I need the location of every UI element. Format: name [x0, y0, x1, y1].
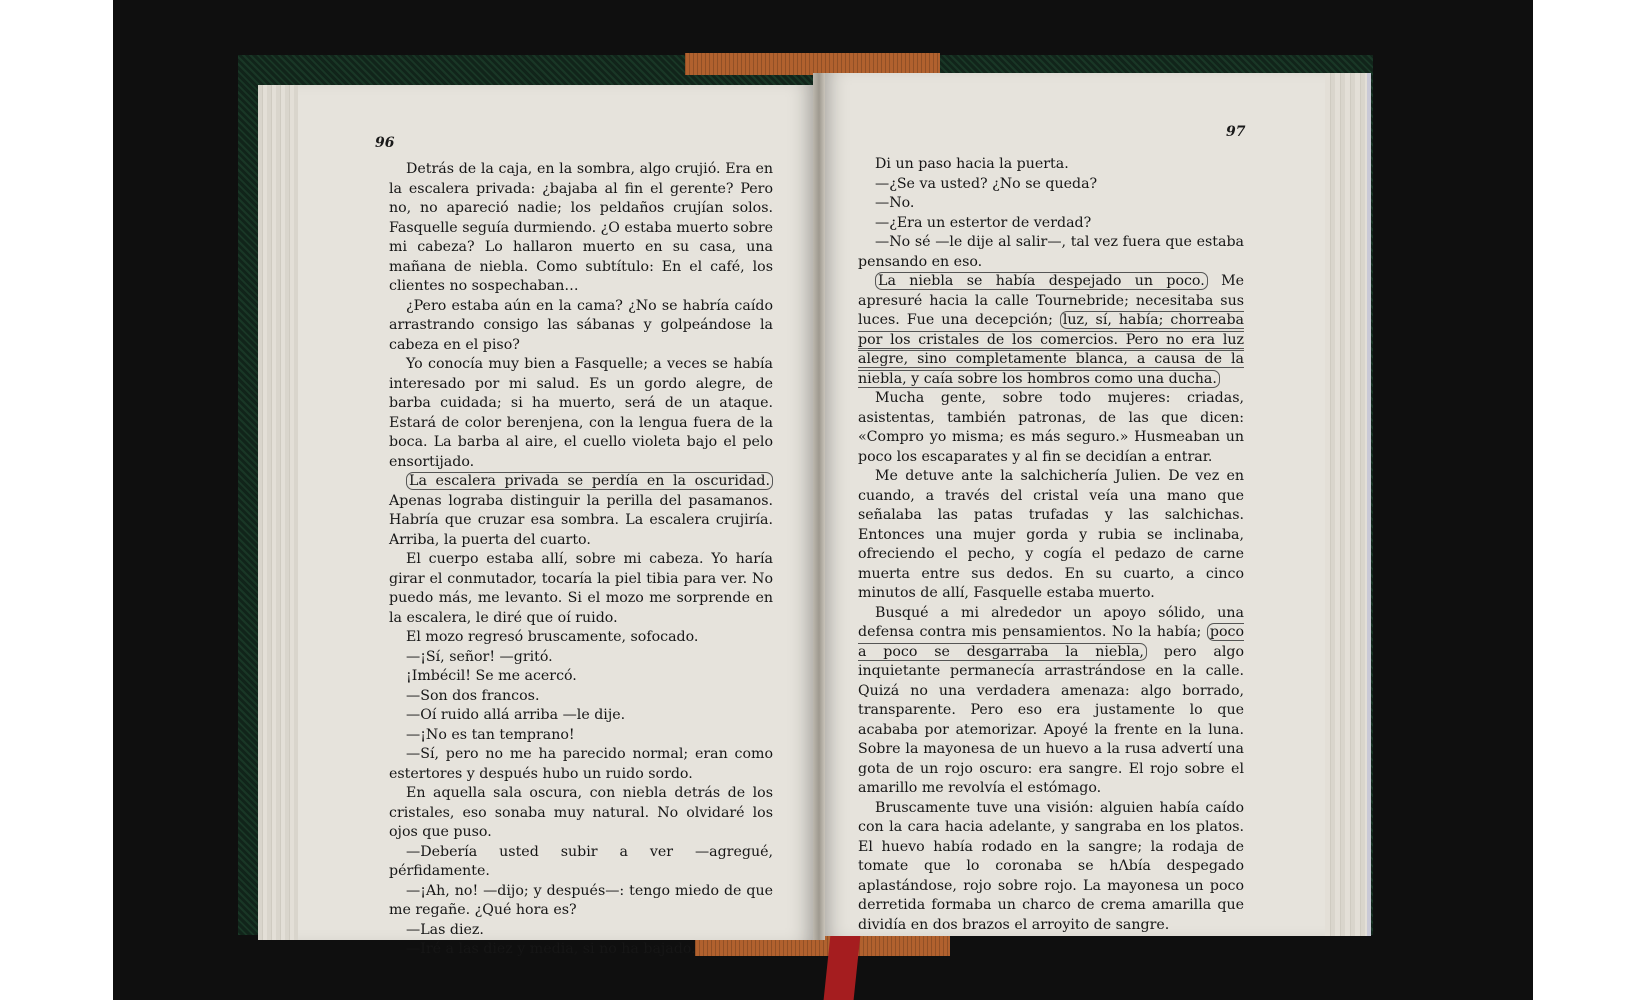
pencil-circled-text: La niebla se había despejado un poco.: [875, 272, 1208, 290]
paragraph: —Debería usted subir a ver —agregué, pér…: [389, 843, 773, 882]
paragraph: —¡Sí, señor! —gritó.: [389, 648, 773, 668]
right-page-text: Di un paso hacia la puerta. —¿Se va uste…: [858, 155, 1244, 935]
paragraph: Detrás de la caja, en la sombra, algo cr…: [389, 160, 773, 297]
paragraph-start: Busqué a mi alrededor un apoyo sólido, u…: [858, 605, 1244, 641]
paragraph: ¡Imbécil! Se me acercó.: [389, 667, 773, 687]
paragraph: —¡Ah, no! —dijo; y después—: tengo miedo…: [389, 882, 773, 921]
paragraph-rest: pero algo inquietante permanecía arrastr…: [858, 644, 1244, 797]
paragraph: —¿Era un estertor de verdad?: [858, 214, 1244, 234]
left-page-edges: [258, 85, 298, 940]
right-page-edges: [1325, 73, 1371, 936]
paragraph: —Iré a las diez y media, si no ha bajado…: [389, 940, 773, 960]
paragraph: —Son dos francos.: [389, 687, 773, 707]
paragraph: —Sí, pero no me ha parecido normal; eran…: [389, 745, 773, 784]
paragraph: Mucha gente, sobre todo mujeres: criadas…: [858, 389, 1244, 467]
paragraph: —No.: [858, 194, 1244, 214]
paragraph: Yo conocía muy bien a Fasquelle; a veces…: [389, 355, 773, 472]
paragraph-rest: Apenas lograba distinguir la perilla del…: [389, 493, 773, 548]
paragraph: El cuerpo estaba allí, sobre mi cabeza. …: [389, 550, 773, 628]
highlighted-paragraph: La niebla se había despejado un poco. Me…: [858, 272, 1244, 389]
paragraph: ¿Pero estaba aún en la cama? ¿No se habr…: [389, 297, 773, 356]
paragraph: Bruscamente tuve una visión: alguien hab…: [858, 799, 1244, 936]
page-number-right: 97: [1226, 124, 1245, 140]
paragraph: —¿Se va usted? ¿No se queda?: [858, 175, 1244, 195]
highlighted-paragraph: Busqué a mi alrededor un apoyo sólido, u…: [858, 604, 1244, 799]
paragraph: —Las diez.: [389, 921, 773, 941]
pencil-circled-text: La escalera privada se perdía en la oscu…: [406, 472, 773, 490]
paragraph: —¡No es tan temprano!: [389, 726, 773, 746]
paragraph: —Oí ruido allá arriba —le dije.: [389, 706, 773, 726]
top-headband: [685, 53, 940, 75]
paragraph: Me detuve ante la salchichería Julien. D…: [858, 467, 1244, 604]
paragraph: El mozo regresó bruscamente, sofocado.: [389, 628, 773, 648]
paragraph: En aquella sala oscura, con niebla detrá…: [389, 784, 773, 843]
left-page-text: Detrás de la caja, en la sombra, algo cr…: [389, 160, 773, 960]
paragraph: Di un paso hacia la puerta.: [858, 155, 1244, 175]
page-number-left: 96: [375, 135, 394, 151]
highlighted-paragraph: La escalera privada se perdía en la oscu…: [389, 472, 773, 550]
book-gutter: [813, 73, 825, 940]
paragraph: —No sé —le dije al salir—, tal vez fuera…: [858, 233, 1244, 272]
